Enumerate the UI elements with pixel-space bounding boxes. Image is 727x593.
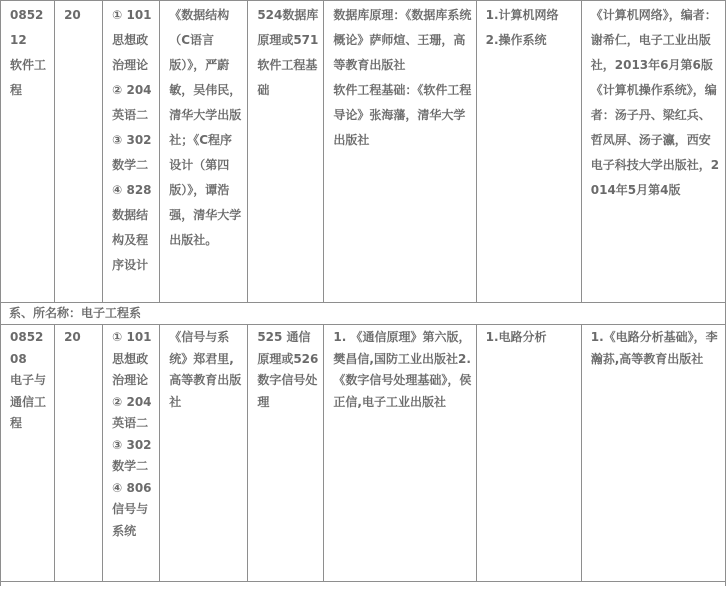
additional-subjects-cell: 1.电路分析 xyxy=(476,325,581,582)
exam-subject-item: ③ 302 数学二 xyxy=(112,128,155,178)
exam-subject-item: ② 204 英语二 xyxy=(112,78,155,128)
exam-subject-item: ① 101 思想政治理论 xyxy=(112,3,155,78)
exam-subject-item: ① 101 思想政治理论 xyxy=(112,327,155,392)
additional-subject-item: 2.操作系统 xyxy=(486,28,577,53)
additional-book-item: 《计算机网络》，编者：谢希仁，电子工业出版社，2013年6月第6版 xyxy=(591,3,721,78)
exam-subjects-cell: ① 101 思想政治理论 ② 204 英语二 ③ 302 数学二 ④ 806 信… xyxy=(103,325,160,582)
additional-subjects-cell: 1.计算机网络 2.操作系统 xyxy=(476,1,581,303)
major-code: 085212 xyxy=(10,3,50,53)
major-code-name-cell: 085208 电子与通信工程 xyxy=(1,325,55,582)
enrollment-quota-cell: 20 xyxy=(55,1,103,303)
table-row: 085208 电子与通信工程 20 ① 101 思想政治理论 ② 204 英语二… xyxy=(1,325,726,582)
retest-subject-cell: 525 通信原理或526数字信号处理 xyxy=(248,325,324,582)
additional-books-cell: 《计算机网络》，编者：谢希仁，电子工业出版社，2013年6月第6版 《计算机操作… xyxy=(581,1,725,303)
retest-books-cell: 数据库原理：《数据库系统概论》萨师煊、王珊，高等教育出版社 软件工程基础：《软件… xyxy=(324,1,476,303)
retest-subject: 524数据库原理或571软件工程基础 xyxy=(257,3,319,103)
exam-subject-item: ② 204 英语二 xyxy=(112,392,155,435)
exam-subject-item: ③ 302 数学二 xyxy=(112,435,155,478)
admissions-table: 085212 软件工程 20 ① 101 思想政治理论 ② 204 英语二 ③ … xyxy=(0,0,726,586)
additional-books-cell: 1.《电路分析基础》，李瀚荪,高等教育出版社 xyxy=(581,325,725,582)
table-row: 085212 软件工程 20 ① 101 思想政治理论 ② 204 英语二 ③ … xyxy=(1,1,726,303)
retest-book-item: 1. 《通信原理》第六版，樊昌信,国防工业出版社2. 《数字信号处理基础》，侯正… xyxy=(333,327,471,413)
enrollment-quota: 20 xyxy=(64,327,98,349)
section-row: 系、所名称：电子工程系 xyxy=(1,303,726,325)
exam-subjects-cell: ① 101 思想政治理论 ② 204 英语二 ③ 302 数学二 ④ 828 数… xyxy=(103,1,160,303)
enrollment-quota-cell: 20 xyxy=(55,325,103,582)
additional-book-item: 《计算机操作系统》，编者：汤子丹、梁红兵、哲凤屏、汤子瀛，西安电子科技大学出版社… xyxy=(591,78,721,203)
additional-book-item: 1.《电路分析基础》，李瀚荪,高等教育出版社 xyxy=(591,327,721,370)
reference-books: 《信号与系统》郑君里,高等教育出版社 xyxy=(169,327,243,413)
major-code: 085208 xyxy=(10,327,50,370)
additional-subject-item: 1.电路分析 xyxy=(486,327,577,349)
retest-subject-cell: 524数据库原理或571软件工程基础 xyxy=(248,1,324,303)
reference-books-cell: 《信号与系统》郑君里,高等教育出版社 xyxy=(160,325,248,582)
reference-books-cell: 《数据结构（C语言版）》，严蔚敏，吴伟民，清华大学出版社；《C程序设计（第四版）… xyxy=(160,1,248,303)
major-code-name-cell: 085212 软件工程 xyxy=(1,1,55,303)
retest-subject: 525 通信原理或526数字信号处理 xyxy=(257,327,319,413)
section-label: 系、所名称：电子工程系 xyxy=(1,303,726,325)
retest-book-item: 数据库原理：《数据库系统概论》萨师煊、王珊，高等教育出版社 xyxy=(333,3,471,78)
exam-subject-item: ④ 828 数据结构及程序设计 xyxy=(112,178,155,278)
additional-subject-item: 1.计算机网络 xyxy=(486,3,577,28)
major-name: 软件工程 xyxy=(10,53,50,103)
major-name: 电子与通信工程 xyxy=(10,370,50,435)
retest-books-cell: 1. 《通信原理》第六版，樊昌信,国防工业出版社2. 《数字信号处理基础》，侯正… xyxy=(324,325,476,582)
reference-books: 《数据结构（C语言版）》，严蔚敏，吴伟民，清华大学出版社；《C程序设计（第四版）… xyxy=(169,3,243,253)
page: 085212 软件工程 20 ① 101 思想政治理论 ② 204 英语二 ③ … xyxy=(0,0,727,593)
next-row-stub xyxy=(1,582,726,586)
exam-subject-item: ④ 806 信号与系统 xyxy=(112,478,155,543)
enrollment-quota: 20 xyxy=(64,3,98,28)
retest-book-item: 软件工程基础：《软件工程导论》张海藩，清华大学出版社 xyxy=(333,78,471,153)
